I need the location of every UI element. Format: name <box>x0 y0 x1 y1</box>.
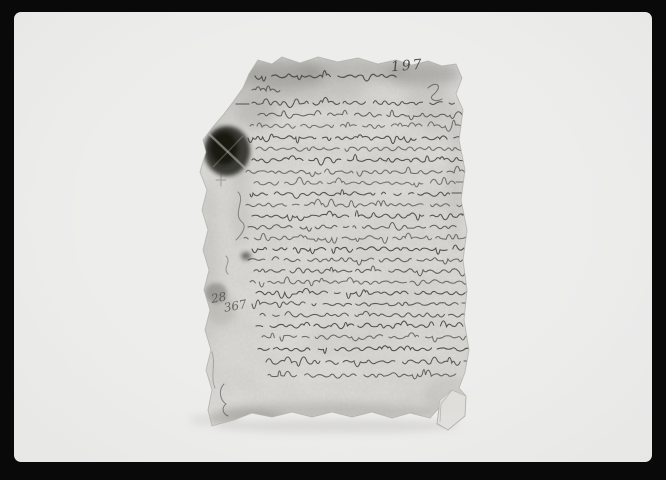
manuscript-artwork <box>0 0 666 480</box>
photo-frame: 197 28 367 <box>0 0 666 480</box>
folio-number: 197 <box>390 57 424 76</box>
margin-annotation: 28 367 <box>210 288 247 316</box>
